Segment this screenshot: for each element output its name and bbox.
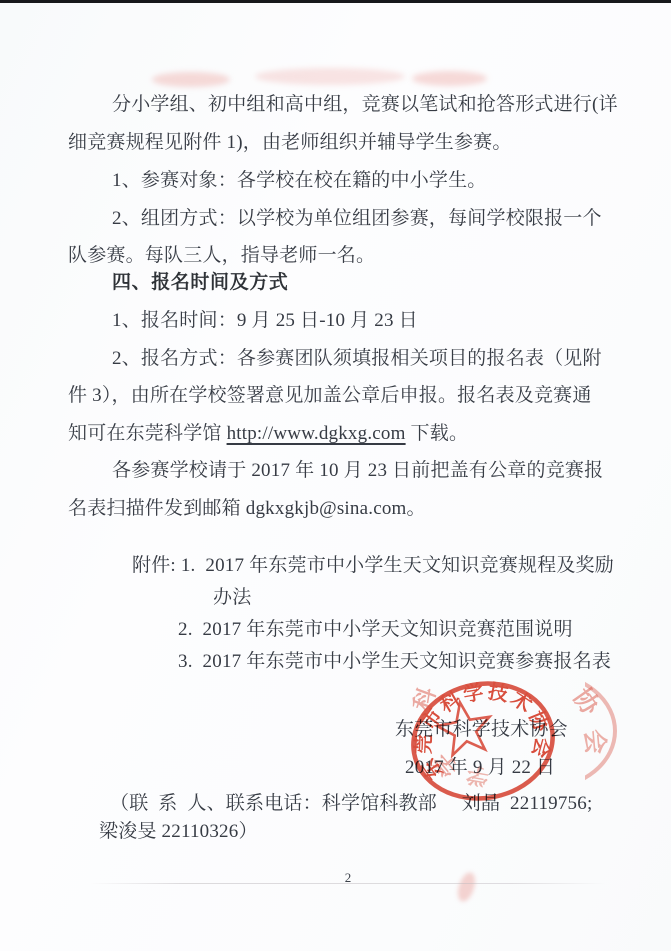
team-formation-item-line-1: 2、组团方式：以学校为单位组团参赛，每间学校限报一个: [112, 207, 602, 230]
download-line: 知可在东莞科学馆 http://www.dgkxg.com 下载。: [68, 422, 468, 445]
ink-bleed-artifact: [455, 870, 479, 903]
ink-bleed-artifact: [412, 71, 487, 86]
registration-time-line: 1、报名时间：9 月 25 日-10 月 23 日: [112, 309, 418, 332]
team-formation-item-line-2: 队参赛。每队三人，指导老师一名。: [68, 244, 375, 267]
section-heading-registration: 四、报名时间及方式: [112, 271, 288, 294]
seal-ghost-char: 会: [579, 728, 610, 755]
participants-item: 1、参赛对象：各学校在校在籍的中小学生。: [112, 169, 487, 192]
contact-email-text: dgkxgkjb@sina.com: [246, 498, 407, 519]
seal-ghost-char: 协: [567, 683, 605, 720]
registration-method-line-2: 件 3），由所在学校签署意见加盖公章后申报。报名表及竞赛通: [68, 384, 592, 407]
attachments-line-1: 附件: 1. 2017 年东莞市中小学生天文知识竞赛规程及奖励: [132, 554, 614, 577]
download-url-link[interactable]: http://www.dgkxg.com: [227, 423, 406, 444]
intro-line-1: 分小学组、初中组和高中组，竞赛以笔试和抢答形式进行(详: [112, 93, 618, 116]
download-line-pre: 知可在东莞科学馆: [68, 423, 227, 444]
attachment-item-1: 1. 2017 年东莞市中小学生天文知识竞赛规程及奖励: [181, 555, 614, 576]
ink-bleed-artifact: [255, 68, 405, 85]
seal-ghost-char: 学: [465, 761, 491, 789]
deadline-line-pre: 名表扫描件发到邮箱: [68, 498, 246, 519]
official-seal: 东莞市科学技术协会 科 学 学 协 会: [400, 660, 630, 820]
deadline-line-2: 名表扫描件发到邮箱 dgkxgkjb@sina.com。: [68, 497, 426, 520]
registration-method-line-1: 2、报名方式：各参赛团队须填报相关项目的报名表（见附: [112, 347, 602, 370]
scan-edge-artifact: [0, 0, 671, 3]
document-page: 分小学组、初中组和高中组，竞赛以笔试和抢答形式进行(详 细竞赛规程见附件 1)，…: [0, 0, 671, 951]
ink-bleed-artifact: [152, 72, 230, 87]
deadline-line-post: 。: [407, 498, 426, 519]
deadline-line-1: 各参赛学校请于 2017 年 10 月 23 日前把盖有公章的竞赛报: [112, 459, 603, 482]
download-line-post: 下载。: [406, 423, 469, 444]
page-number: 2: [330, 870, 366, 886]
contact-info-line-2: 梁浚旻 22110326）: [99, 820, 258, 843]
attachment-item-2: 2. 2017 年东莞市中小学天文知识竞赛范围说明: [178, 618, 573, 641]
attachments-label: 附件:: [132, 555, 181, 576]
intro-line-2: 细竞赛规程见附件 1)，由老师组织并辅导学生参赛。: [68, 131, 512, 154]
attachment-item-1-continuation: 办法: [213, 586, 251, 609]
